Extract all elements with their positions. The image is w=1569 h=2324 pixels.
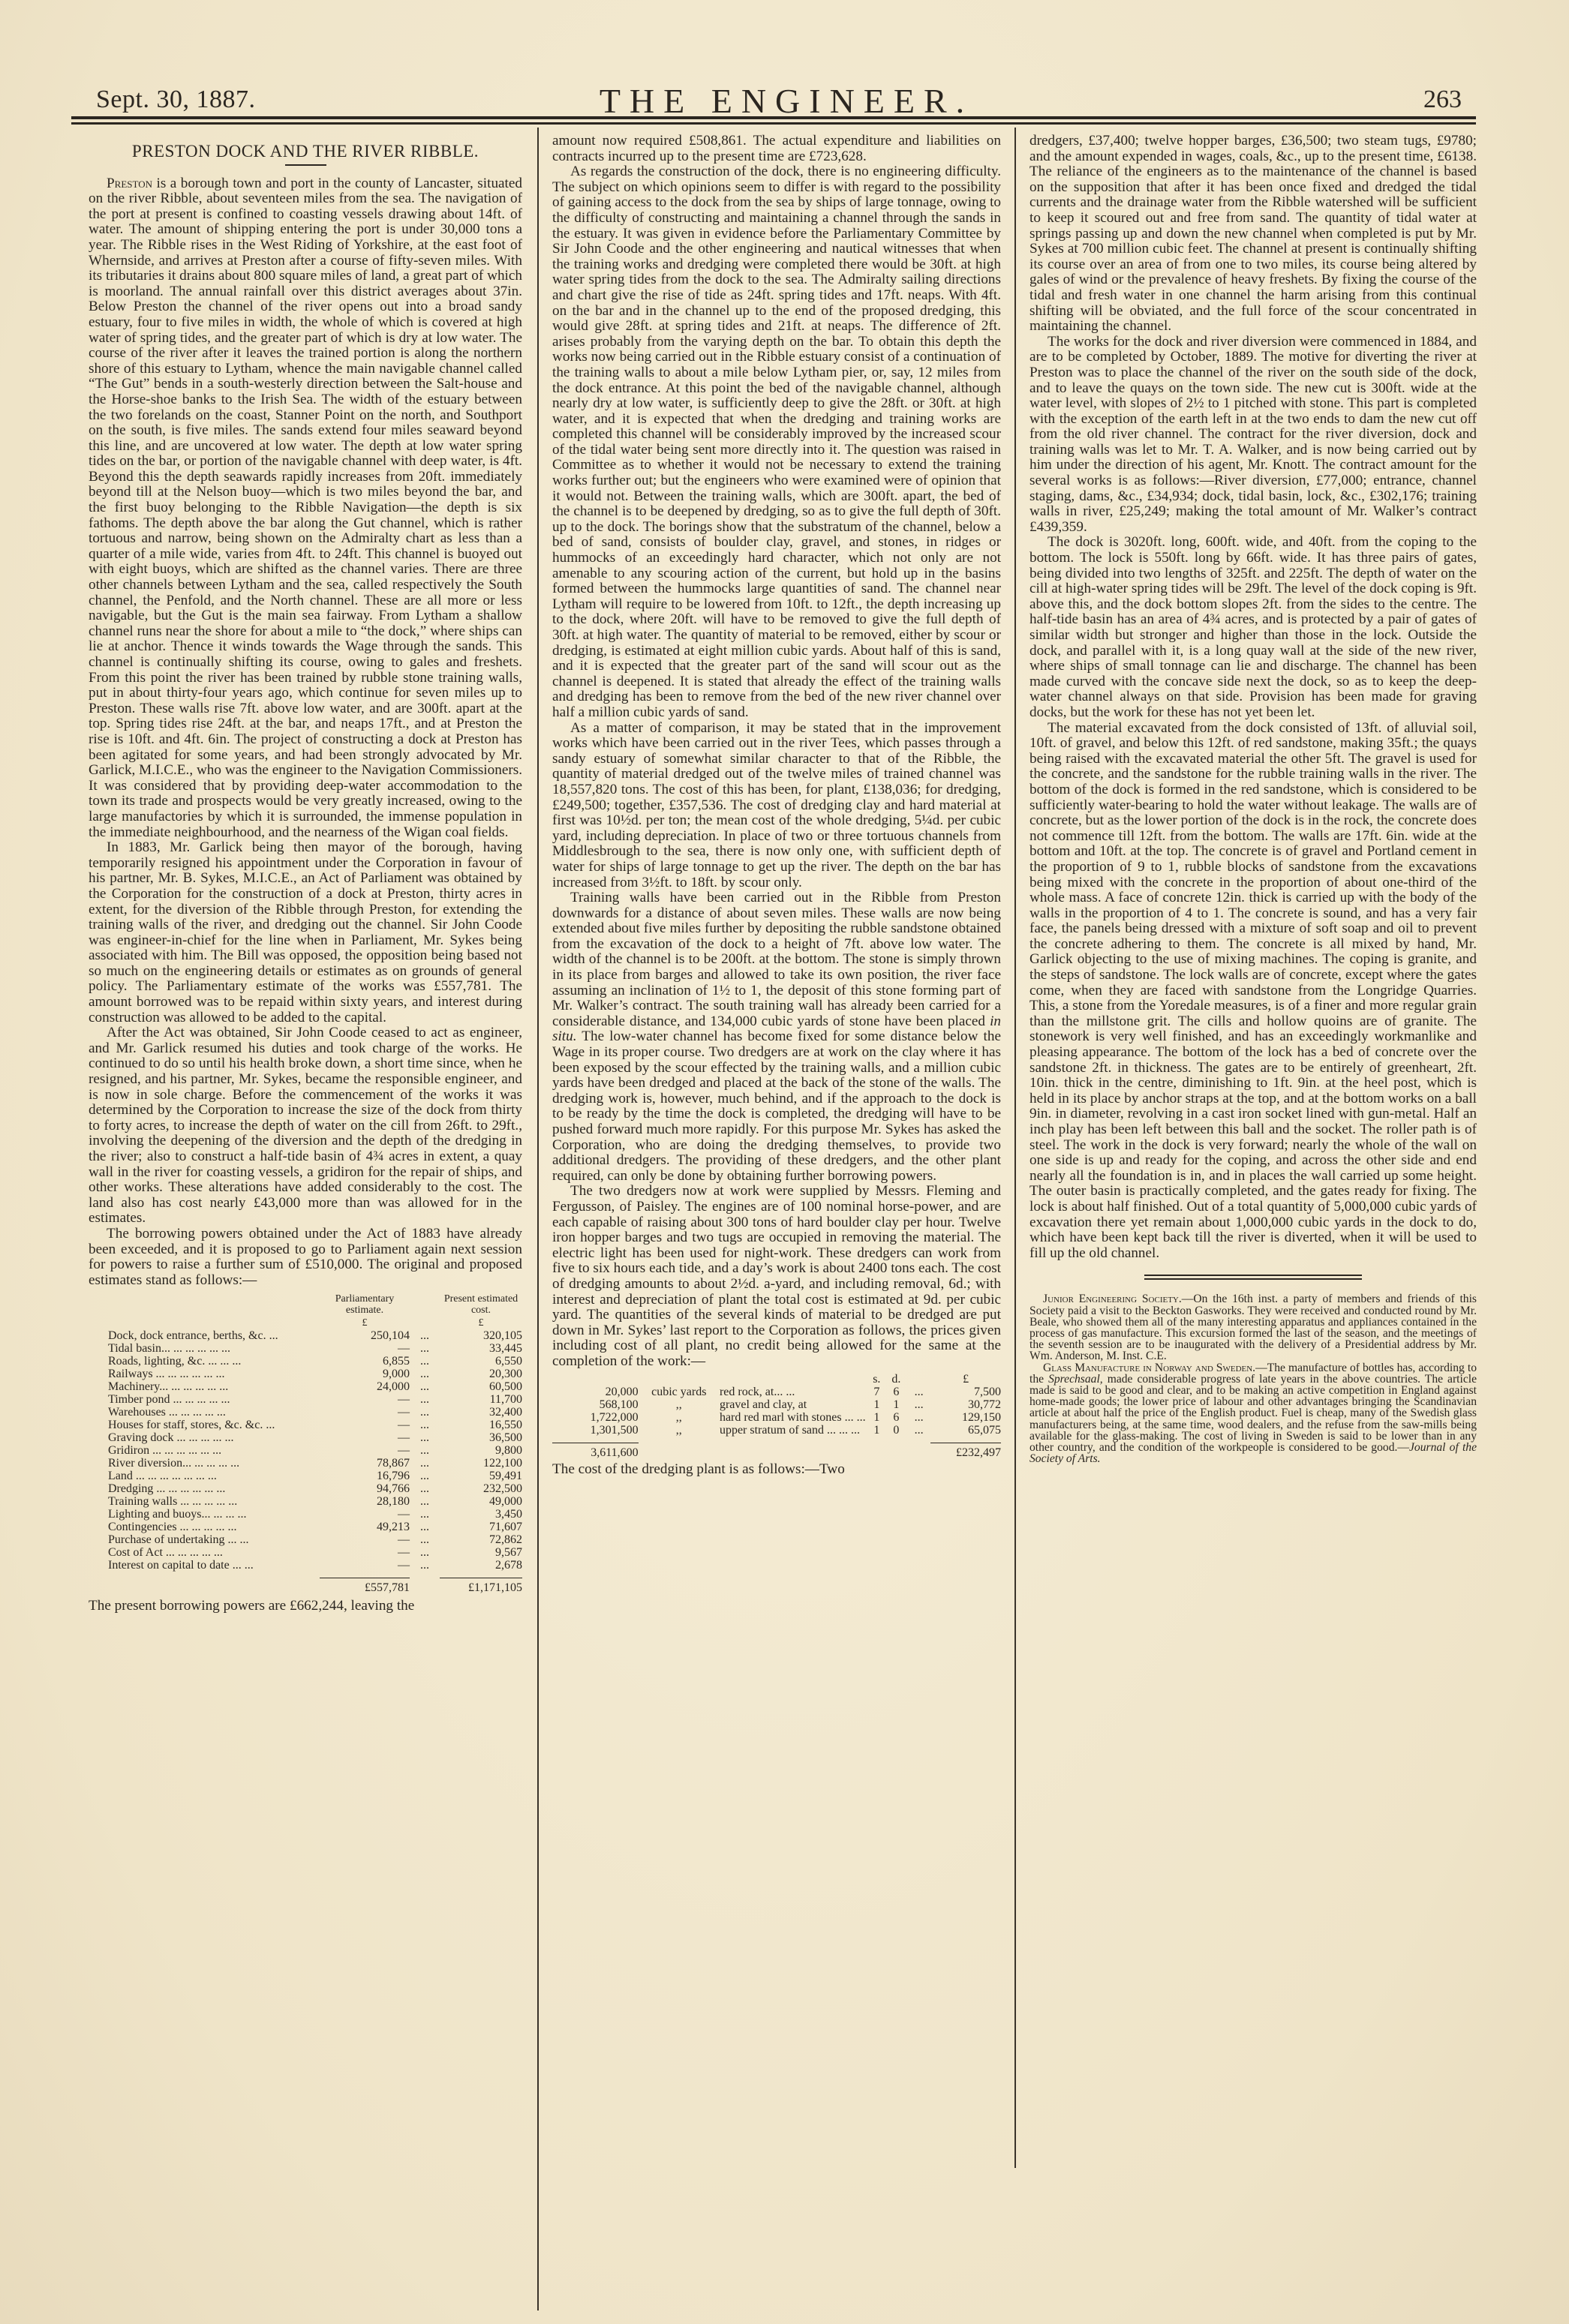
table-row: Land ... ... ... ... ... ... ...16,796..… — [89, 1470, 522, 1482]
unit: ,, — [639, 1424, 720, 1437]
present-total: £1,171,105 — [440, 1578, 522, 1595]
paragraph: Preston is a borough town and port in th… — [89, 176, 522, 841]
leader-dots: ... — [410, 1368, 440, 1380]
parliamentary-value: 16,796 — [320, 1470, 410, 1482]
col-header-present: Present estimated cost. — [440, 1293, 522, 1317]
row-label: Roads, lighting, &c. ... ... ... — [89, 1355, 320, 1368]
amount: 129,150 — [930, 1411, 1001, 1424]
paragraph: dredgers, £37,400; twelve hopper barges,… — [1029, 134, 1477, 335]
row-label: Dock, dock entrance, berths, &c. ... — [89, 1329, 320, 1342]
column-divider-2 — [1014, 128, 1016, 2168]
leader-dots: ... — [410, 1431, 440, 1444]
column-2: amount now required £508,861. The actual… — [552, 134, 1001, 1477]
leader-dots: ... — [410, 1470, 440, 1482]
leader-dots: ... — [907, 1398, 930, 1411]
unit: ,, — [639, 1398, 720, 1411]
amount-total: £232,497 — [930, 1443, 1001, 1459]
row-label: Warehouses ... ... ... ... ... — [89, 1406, 320, 1419]
paragraph: After the Act was obtained, Sir John Coo… — [89, 1025, 522, 1227]
dredging-quantities-table: s. d. £ 20,000cubic yardsred rock, at...… — [552, 1373, 1001, 1459]
paragraph: Training walls have been carried out in … — [552, 890, 1001, 1184]
present-value: 122,100 — [440, 1457, 522, 1470]
parliamentary-value: 24,000 — [320, 1380, 410, 1393]
material: upper stratum of sand ... ... ... — [720, 1424, 868, 1437]
leader-dots: ... — [410, 1419, 440, 1431]
table-row: Training walls ... ... ... ... ...28,180… — [89, 1495, 522, 1508]
quantity: 1,722,000 — [552, 1411, 639, 1424]
table-row: Interest on capital to date ... ...—...2… — [89, 1559, 522, 1572]
present-value: 16,550 — [440, 1419, 522, 1431]
parliamentary-value: — — [320, 1533, 410, 1546]
parliamentary-value: — — [320, 1342, 410, 1355]
row-label: River diversion... ... ... ... ... — [89, 1457, 320, 1470]
table-row: Roads, lighting, &c. ... ... ...6,855...… — [89, 1355, 522, 1368]
parliamentary-value: — — [320, 1393, 410, 1406]
parliamentary-value: — — [320, 1419, 410, 1431]
amount: 30,772 — [930, 1398, 1001, 1411]
leader-dots: ... — [907, 1411, 930, 1424]
row-label: Tidal basin... ... ... ... ... ... — [89, 1342, 320, 1355]
table-row: 568,100,,gravel and clay, at11...30,772 — [552, 1398, 1001, 1411]
col-header-parliamentary: Parliamentary estimate. — [320, 1293, 410, 1317]
lead-word: Preston — [107, 176, 152, 191]
parliamentary-value: 250,104 — [320, 1329, 410, 1342]
leader-dots: ... — [410, 1482, 440, 1495]
leader-dots: ... — [410, 1393, 440, 1406]
parliamentary-value: — — [320, 1444, 410, 1457]
leader-dots: ... — [410, 1495, 440, 1508]
present-value: 320,105 — [440, 1329, 522, 1342]
paragraph: The works for the dock and river diversi… — [1029, 335, 1477, 536]
header-rule — [71, 116, 1476, 119]
leader-dots: ... — [410, 1329, 440, 1342]
row-label: Railways ... ... ... ... ... ... — [89, 1368, 320, 1380]
leader-dots: ... — [410, 1342, 440, 1355]
paragraph: The cost of the dredging plant is as fol… — [552, 1462, 1001, 1478]
row-label: Contingencies ... ... ... ... ... — [89, 1521, 320, 1533]
present-value: 32,400 — [440, 1406, 522, 1419]
amount: 7,500 — [930, 1386, 1001, 1398]
present-value: 20,300 — [440, 1368, 522, 1380]
paragraph: As regards the construction of the dock,… — [552, 164, 1001, 720]
paragraph: As a matter of comparison, it may be sta… — [552, 721, 1001, 891]
table-row: Dock, dock entrance, berths, &c. ...250,… — [89, 1329, 522, 1342]
quantity: 20,000 — [552, 1386, 639, 1398]
present-value: 9,800 — [440, 1444, 522, 1457]
column-1: PRESTON DOCK AND THE RIVER RIBBLE. Prest… — [89, 134, 522, 1614]
paragraph: The dock is 3020ft. long, 600ft. wide, a… — [1029, 535, 1477, 720]
table-row: Cost of Act ... ... ... ... ...—...9,567 — [89, 1546, 522, 1559]
leader-dots: ... — [410, 1444, 440, 1457]
shillings: 1 — [868, 1398, 885, 1411]
unit: ,, — [639, 1411, 720, 1424]
leader-dots: ... — [410, 1457, 440, 1470]
leader-dots: ... — [410, 1406, 440, 1419]
parliamentary-value: — — [320, 1431, 410, 1444]
parliamentary-value: 6,855 — [320, 1355, 410, 1368]
row-label: Land ... ... ... ... ... ... ... — [89, 1470, 320, 1482]
total-rule — [552, 1437, 1001, 1443]
shillings: 1 — [868, 1411, 885, 1424]
row-label: Purchase of undertaking ... ... — [89, 1533, 320, 1546]
shillings: 1 — [868, 1424, 885, 1437]
table-row: 20,000cubic yardsred rock, at... ...76..… — [552, 1386, 1001, 1398]
table-row: Machinery... ... ... ... ... ...24,000..… — [89, 1380, 522, 1393]
present-value: 3,450 — [440, 1508, 522, 1521]
table-row: River diversion... ... ... ... ...78,867… — [89, 1457, 522, 1470]
row-label: Graving dock ... ... ... ... ... — [89, 1431, 320, 1444]
parliamentary-value: — — [320, 1546, 410, 1559]
paragraph: In 1883, Mr. Garlick being then mayor of… — [89, 840, 522, 1025]
present-value: 2,678 — [440, 1559, 522, 1572]
row-label: Lighting and buoys... ... ... ... — [89, 1508, 320, 1521]
leader-dots: ... — [410, 1355, 440, 1368]
table-row: Dredging ... ... ... ... ... ...94,766..… — [89, 1482, 522, 1495]
title-rule — [285, 164, 326, 166]
paragraph: The borrowing powers obtained under the … — [89, 1227, 522, 1288]
note-glass-manufacture: Glass Manufacture in Norway and Sweden.—… — [1029, 1362, 1477, 1465]
publication-title: THE ENGINEER. — [96, 81, 1477, 121]
table-row: 1,722,000,,hard red marl with stones ...… — [552, 1411, 1001, 1424]
present-value: 59,491 — [440, 1470, 522, 1482]
leader-dots: ... — [410, 1508, 440, 1521]
leader-dots: ... — [907, 1424, 930, 1437]
present-value: 6,550 — [440, 1355, 522, 1368]
pence: 6 — [885, 1411, 907, 1424]
present-value: 72,862 — [440, 1533, 522, 1546]
section-separator — [1144, 1275, 1362, 1280]
parliamentary-total: £557,781 — [320, 1578, 410, 1595]
table-row: Timber pond ... ... ... ... ...—...11,70… — [89, 1393, 522, 1406]
present-value: 11,700 — [440, 1393, 522, 1406]
pence: 1 — [885, 1398, 907, 1411]
parliamentary-value: 9,000 — [320, 1368, 410, 1380]
table-row: Warehouses ... ... ... ... ...—...32,400 — [89, 1406, 522, 1419]
header-rule-lower — [71, 122, 1476, 125]
table-row: Tidal basin... ... ... ... ... ...—...33… — [89, 1342, 522, 1355]
paragraph: amount now required £508,861. The actual… — [552, 134, 1001, 164]
article-title: PRESTON DOCK AND THE RIVER RIBBLE. — [89, 144, 522, 160]
parliamentary-value: — — [320, 1406, 410, 1419]
present-value: 49,000 — [440, 1495, 522, 1508]
parliamentary-value: 28,180 — [320, 1495, 410, 1508]
quantity-total: 3,611,600 — [552, 1443, 639, 1459]
present-value: 9,567 — [440, 1546, 522, 1559]
totals-row: 3,611,600£232,497 — [552, 1443, 1001, 1459]
row-label: Cost of Act ... ... ... ... ... — [89, 1546, 320, 1559]
pence: 6 — [885, 1386, 907, 1398]
row-label: Machinery... ... ... ... ... ... — [89, 1380, 320, 1393]
parliamentary-value: 94,766 — [320, 1482, 410, 1495]
leader-dots: ... — [410, 1546, 440, 1559]
leader-dots: ... — [410, 1380, 440, 1393]
present-value: 71,607 — [440, 1521, 522, 1533]
material: red rock, at... ... — [720, 1386, 868, 1398]
present-value: 232,500 — [440, 1482, 522, 1495]
row-label: Gridiron ... ... ... ... ... ... — [89, 1444, 320, 1457]
leader-dots: ... — [410, 1521, 440, 1533]
pence: 0 — [885, 1424, 907, 1437]
leader-dots: ... — [410, 1533, 440, 1546]
table-row: Gridiron ... ... ... ... ... ...—...9,80… — [89, 1444, 522, 1457]
leader-dots: ... — [907, 1386, 930, 1398]
present-value: 60,500 — [440, 1380, 522, 1393]
estimates-table: Parliamentary estimate. Present estimate… — [89, 1293, 522, 1594]
column-3: dredgers, £37,400; twelve hopper barges,… — [1029, 134, 1477, 1464]
table-row: Lighting and buoys... ... ... ...—...3,4… — [89, 1508, 522, 1521]
material: gravel and clay, at — [720, 1398, 868, 1411]
table-row: Railways ... ... ... ... ... ...9,000...… — [89, 1368, 522, 1380]
page-header: Sept. 30, 1887. THE ENGINEER. 263 — [96, 81, 1477, 120]
total-rule — [89, 1572, 522, 1578]
row-label: Training walls ... ... ... ... ... — [89, 1495, 320, 1508]
row-label: Interest on capital to date ... ... — [89, 1559, 320, 1572]
leader-dots: ... — [410, 1559, 440, 1572]
paragraph: The material excavated from the dock con… — [1029, 721, 1477, 1262]
material: hard red marl with stones ... ... — [720, 1411, 868, 1424]
present-value: 33,445 — [440, 1342, 522, 1355]
unit: cubic yards — [639, 1386, 720, 1398]
table-row: Houses for staff, stores, &c. &c. ...—..… — [89, 1419, 522, 1431]
parliamentary-value: 49,213 — [320, 1521, 410, 1533]
parliamentary-value: — — [320, 1559, 410, 1572]
table-row: 1,301,500,,upper stratum of sand ... ...… — [552, 1424, 1001, 1437]
shillings: 7 — [868, 1386, 885, 1398]
table-row: Purchase of undertaking ... ...—...72,86… — [89, 1533, 522, 1546]
totals-row: £557,781£1,171,105 — [89, 1578, 522, 1595]
column-divider-1 — [537, 128, 539, 2310]
amount: 65,075 — [930, 1424, 1001, 1437]
paragraph: The two dredgers now at work were suppli… — [552, 1184, 1001, 1369]
note-junior-engineering-society: Junior Engineering Society.—On the 16th … — [1029, 1293, 1477, 1362]
page-number: 263 — [1423, 86, 1462, 114]
notes-section: Junior Engineering Society.—On the 16th … — [1029, 1293, 1477, 1464]
parliamentary-value: — — [320, 1508, 410, 1521]
table-row: Contingencies ... ... ... ... ...49,213.… — [89, 1521, 522, 1533]
quantity: 568,100 — [552, 1398, 639, 1411]
paragraph: The present borrowing powers are £662,24… — [89, 1599, 522, 1614]
quantity: 1,301,500 — [552, 1424, 639, 1437]
row-label: Houses for staff, stores, &c. &c. ... — [89, 1419, 320, 1431]
present-value: 36,500 — [440, 1431, 522, 1444]
table-row: Graving dock ... ... ... ... ...—...36,5… — [89, 1431, 522, 1444]
row-label: Timber pond ... ... ... ... ... — [89, 1393, 320, 1406]
row-label: Dredging ... ... ... ... ... ... — [89, 1482, 320, 1495]
parliamentary-value: 78,867 — [320, 1457, 410, 1470]
